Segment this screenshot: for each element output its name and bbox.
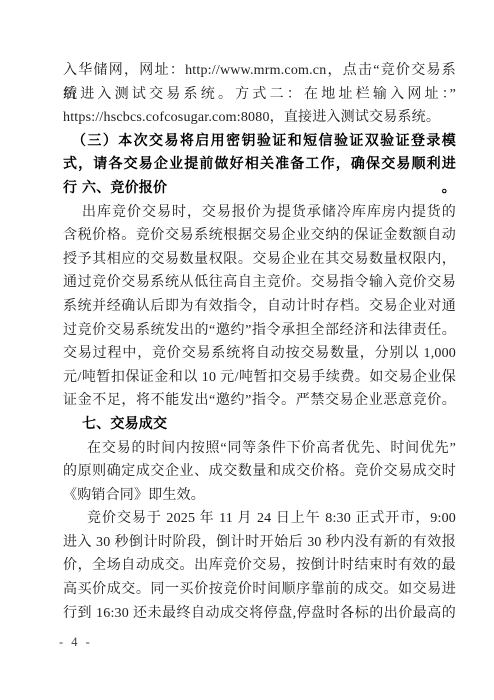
text-line: 含税价格。竞价交易系统根据交易企业交纳的保证金数额自动 [63, 224, 456, 248]
text-line: 系统并经确认后即为有效指令，自动计时存档。交易企业对通 [63, 295, 456, 319]
text-line: 出库竞价交易时，交易报价为提货承储冷库库房内提货的 [63, 201, 456, 225]
text-line: 行到 16:30 还未最终自动成交将停盘,停盘时各标的出价最高的 [63, 602, 456, 626]
heading-section-seven: 七、交易成交 [63, 413, 456, 437]
text-line: 证金不足，将不能发出“邀约”指令。严禁交易企业恶意竞价。 [63, 389, 456, 413]
document-text-block: 入华储网，网址：http://www.mrm.com.cn，点击“竞价交易系统”… [63, 59, 456, 625]
text-line: 授予其相应的交易数量权限。交易企业在其交易数量权限内， [63, 248, 456, 272]
text-line: 过竞价交易系统发出的“邀约”指令承担全部经济和法律责任。 [63, 319, 456, 343]
text-line: 交易过程中，竞价交易系统将自动按交易数量，分别以 1,000 [63, 342, 456, 366]
text-line: 进入 30 秒倒计时阶段，倒计时开始后 30 秒内没有新的有效报 [63, 531, 456, 555]
text-line: 通过竞价交易系统从低往高自主竞价。交易指令输入竞价交易 [63, 271, 456, 295]
text-line: 高买价成交。同一买价按竞价时间顺序靠前的成交。如交易进 [63, 578, 456, 602]
text-line: 《购销合同》即生效。 [63, 484, 456, 508]
text-line-emphasis: （三）本次交易将启用密钥验证和短信验证双验证登录模 [63, 130, 456, 154]
text-line: 在交易的时间内按照“同等条件下价高者优先、时间优先” [63, 437, 456, 461]
document-page: 入华储网，网址：http://www.mrm.com.cn，点击“竞价交易系统”… [0, 0, 494, 700]
text-line: 后进入测试交易系统。方式二：在地址栏输入网址： [63, 83, 456, 107]
text-line: 入华储网，网址：http://www.mrm.com.cn，点击“竞价交易系统” [63, 59, 456, 83]
text-line: 竞价交易于 2025 年 11 月 24 日上午 8:30 正式开市，9:00 [63, 507, 456, 531]
text-line: 元/吨暂扣保证金和以 10 元/吨暂扣交易手续费。如交易企业保 [63, 366, 456, 390]
text-line: 价，全场自动成交。出库竞价交易，按倒计时结束时有效的最 [63, 554, 456, 578]
text-line-url: https://hscbcs.cofcosugar.com:8080，直接进入测… [63, 106, 456, 130]
text-line-emphasis: 式，请各交易企业提前做好相关准备工作，确保交易顺利进行。 [63, 153, 456, 177]
page-number: - 4 - [59, 635, 92, 650]
text-line: 的原则确定成交企业、成交数量和成交价格。竞价交易成交时 [63, 460, 456, 484]
